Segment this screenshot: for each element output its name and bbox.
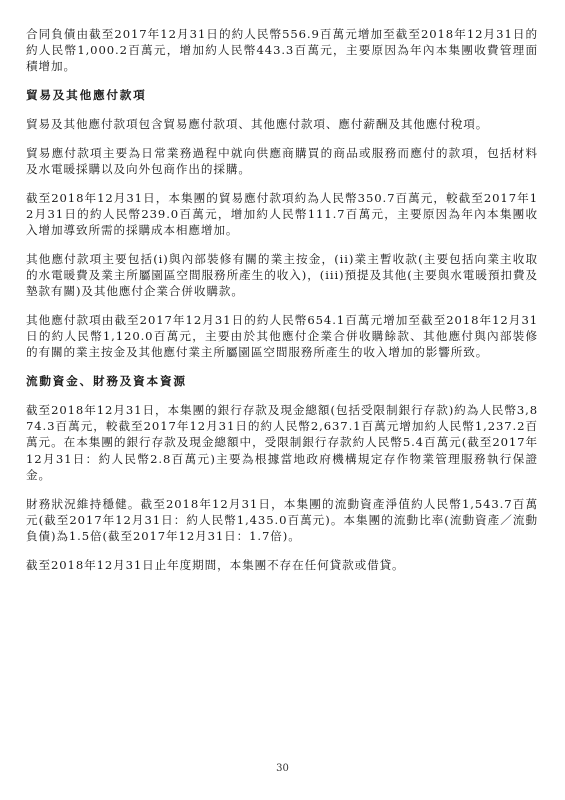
paragraph: 截至2018年12月31日，本集團的銀行存款及現金總額(包括受限制銀行存款)約為… (26, 402, 538, 483)
paragraph: 財務狀況維持穩健。截至2018年12月31日，本集團的流動資產淨值約人民幣1,5… (26, 496, 538, 545)
paragraph: 貿易應付款項主要為日常業務過程中就向供應商購買的商品或服務而應付的款項，包括材料… (26, 145, 538, 177)
section-liquidity: 流動資金、財務及資本資源 截至2018年12月31日，本集團的銀行存款及現金總額… (26, 373, 538, 573)
document-page: 合同負債由截至2017年12月31日的約人民幣556.9百萬元增加至截至2018… (26, 26, 538, 585)
page-number: 30 (0, 763, 565, 774)
section-heading: 貿易及其他應付款項 (26, 87, 538, 103)
paragraph-contract-liabilities: 合同負債由截至2017年12月31日的約人民幣556.9百萬元增加至截至2018… (26, 26, 538, 75)
paragraph: 截至2018年12月31日，本集團的貿易應付款項約為人民幣350.7百萬元，較截… (26, 190, 538, 239)
section-trade-payables: 貿易及其他應付款項 貿易及其他應付款項包含貿易應付款項、其他應付款項、應付薪酬及… (26, 87, 538, 360)
paragraph: 貿易及其他應付款項包含貿易應付款項、其他應付款項、應付薪酬及其他應付稅項。 (26, 116, 538, 132)
section-heading: 流動資金、財務及資本資源 (26, 373, 538, 389)
paragraph: 其他應付款項主要包括(i)與內部裝修有關的業主按金，(ii)業主暫收款(主要包括… (26, 251, 538, 300)
paragraph: 其他應付款項由截至2017年12月31日的約人民幣654.1百萬元增加至截至20… (26, 312, 538, 361)
paragraph: 截至2018年12月31日止年度期間，本集團不存在任何貸款或借貸。 (26, 557, 538, 573)
